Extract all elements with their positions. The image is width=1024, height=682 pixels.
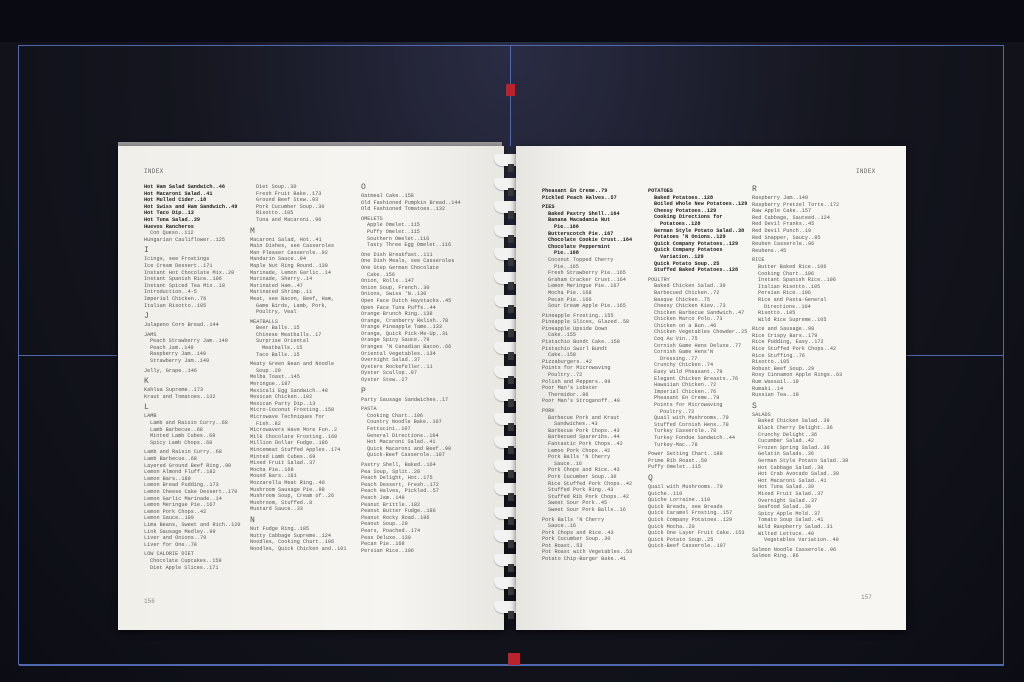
- index-entry: Hot Mulled Cider..18: [144, 197, 241, 204]
- index-entry: Reuben Casserole..96: [752, 241, 848, 248]
- index-entry: Instant Spanish Rice..106: [752, 277, 848, 284]
- index-entry: Chinese Meatballs..17: [250, 332, 347, 339]
- index-entry: Game Birds, Lamb, Pork,: [250, 303, 347, 310]
- index-entry: Oriental Vegetables..134: [361, 351, 461, 358]
- index-entry: Rice and Sausage..98: [752, 326, 848, 333]
- index-entry: Orange, Quick Pick-Me-Up..31: [361, 331, 461, 338]
- index-entry: Mustard Sauce..33: [250, 506, 347, 513]
- index-entry: Quick-Beef Casserole..107: [361, 452, 461, 459]
- index-entry: Poultry..72: [648, 409, 747, 416]
- index-entry: Instant Spanish Rice..106: [144, 276, 241, 283]
- index-entry: Maple Nut Ring Round..139: [250, 263, 347, 270]
- index-entry: Italian Risotto..105: [144, 303, 241, 310]
- index-entry: Peach Halves, Pickled..57: [361, 488, 461, 495]
- index-entry: Peach Delight, Hot..175: [361, 475, 461, 482]
- index-entry: Cooking Chart..106: [361, 413, 461, 420]
- index-entry: MEATBALLS: [250, 319, 347, 326]
- index-entry: Cake..158: [542, 352, 632, 359]
- index-entry: Baked Chicken Salad..39: [648, 283, 747, 290]
- index-entry: Barbecue Pork Chops..43: [542, 428, 632, 435]
- index-entry: Fantastic Pork Chops..42: [542, 441, 632, 448]
- index-entry: Orange Spicy Sauce..79: [361, 337, 461, 344]
- index-entry: Noodles, Quick Chicken and..101: [250, 546, 347, 553]
- letter-heading: M: [250, 226, 347, 237]
- index-entry: Lamb Barbecue..68: [144, 427, 241, 434]
- index-entry: Rice Crispy Bars..179: [752, 333, 848, 340]
- index-entry: Lamb and Raisin Curry..68: [144, 449, 241, 456]
- index-entry: Pork Cucumber Soup..30: [542, 474, 632, 481]
- index-entry: Peach Jam..149: [144, 345, 241, 352]
- index-entry: Quail with Mushrooms..79: [648, 484, 747, 491]
- index-entry: Hungarian Cauliflower..125: [144, 237, 241, 244]
- index-entry: Quiche..110: [648, 491, 747, 498]
- index-entry: Main Dishes, see Casseroles: [250, 243, 347, 250]
- index-entry: Thermidor..86: [542, 392, 632, 399]
- index-entry: Boiled Whole New Potatoes..129: [648, 201, 747, 208]
- index-entry: Cheesy Potatoes..129: [648, 208, 747, 215]
- index-entry: Poultry, Veal: [250, 309, 347, 316]
- index-entry: OMELETS: [361, 216, 461, 223]
- index-entry: Million Dollar Fudge..186: [250, 440, 347, 447]
- index-entry: Italian Risotto..105: [752, 284, 848, 291]
- index-entry: Risotto..105: [752, 359, 848, 366]
- index-entry: Quick Company Potatoes: [648, 247, 747, 254]
- index-entry: JAMS: [144, 332, 241, 339]
- index-entry: Quick Caramel Frosting..157: [648, 510, 747, 517]
- index-entry: Old Fashioned Tomatoes..132: [361, 206, 461, 213]
- left-page-number: 156: [144, 598, 155, 605]
- index-entry: Fresh Fruit Bake..173: [250, 191, 347, 198]
- index-entry: One Dish Meals, see Casseroles: [361, 258, 461, 265]
- index-entry: Hot Macaroni Salad..41: [144, 191, 241, 198]
- index-entry: Risotto..105: [250, 210, 347, 217]
- index-entry: Beer Balls..15: [250, 325, 347, 332]
- index-entry: Soup..29: [250, 368, 347, 375]
- index-entry: Pheasant En Creme..79: [542, 188, 632, 195]
- index-entry: Instant Spiced Tea Mix..18: [144, 283, 241, 290]
- index-entry: Overnight Salad..37: [361, 357, 461, 364]
- index-entry: Micro-Coconut Frosting..158: [250, 407, 347, 414]
- index-entry: Poor Man's Stroganoff..40: [542, 398, 632, 405]
- index-entry: Imperial Chicken..76: [648, 389, 747, 396]
- index-entry: Macaroni Salad, Hot..41: [250, 237, 347, 244]
- index-entry: Lemon Almond Fluff..182: [144, 469, 241, 476]
- index-entry: Pork Chops and Rice..43: [542, 530, 632, 537]
- index-entry: Pea Soup, Split..28: [361, 469, 461, 476]
- bottom-guide: [19, 665, 1004, 666]
- letter-heading: I: [144, 245, 241, 256]
- index-entry: Baked Potatoes..128: [648, 195, 747, 202]
- index-entry: LOW CALORIE DIET: [144, 551, 241, 558]
- index-entry: Rumaki..14: [752, 386, 848, 393]
- index-entry: Cornish Game Hens Deluxe..77: [648, 343, 747, 350]
- index-entry: Wild Rice Supreme..105: [752, 317, 848, 324]
- index-entry: Mushroom Sausage Pie..98: [250, 487, 347, 494]
- index-entry: Quick Macaroni and Beef..90: [361, 446, 461, 453]
- index-entry: Reubens..45: [752, 248, 848, 255]
- index-entry: Lima Beans, Sweet and Rich..120: [144, 522, 241, 529]
- index-entry: Marinade, Sherry..14: [250, 276, 347, 283]
- index-entry: German Style Potato Salad..38: [648, 228, 747, 235]
- index-entry: Lemon Meringue Pie..167: [144, 502, 241, 509]
- index-entry: Spicy Apple Mold..37: [752, 511, 848, 518]
- index-entry: Turkey Fondue Sandwich..44: [648, 435, 747, 442]
- index-entry: Oatmeal Cake..158: [361, 193, 461, 200]
- index-entry: Pie..165: [542, 264, 632, 271]
- index-entry: Peanut Rocky Road..186: [361, 515, 461, 522]
- index-entry: Mexicali Egg Sandwich..48: [250, 388, 347, 395]
- index-entry: Mandarin Sauce..84: [250, 256, 347, 263]
- index-entry: Points for Microwaving: [648, 402, 747, 409]
- letter-heading: L: [144, 402, 241, 413]
- index-entry: Fresh Strawberry Pie..165: [542, 270, 632, 277]
- index-entry: Pickled Peach Halves..57: [542, 195, 632, 202]
- index-entry: Wild Raspberry Salad..31: [752, 524, 848, 531]
- index-entry: Pot Roast..53: [542, 543, 632, 550]
- index-entry: Nutty Cabbage Supreme..124: [250, 533, 347, 540]
- index-entry: Cooking Chart..106: [752, 271, 848, 278]
- index-entry: Hot Crab Avocado Salad..39: [752, 471, 848, 478]
- right-column-2: POTATOESBaked Potatoes..128Boiled Whole …: [648, 188, 747, 550]
- index-entry: Pot Roast with Vegetables..53: [542, 549, 632, 556]
- letter-heading: N: [250, 515, 347, 526]
- index-entry: Rosy Cinnamon Apple Rings..63: [752, 372, 848, 379]
- index-entry: Meat, see Bacon, Beef, Ham,: [250, 296, 347, 303]
- index-entry: Black Cherry Delight..36: [752, 425, 848, 432]
- index-entry: Polish and Peppers..99: [542, 379, 632, 386]
- index-entry: Peas Deluxe..130: [361, 535, 461, 542]
- right-column-3: RRaspberry Jam..149Raspberry Pretzel Tor…: [752, 182, 848, 560]
- index-entry: Stuffed Cornish Hens..78: [648, 422, 747, 429]
- index-entry: Lemon Meringue Pie..167: [542, 283, 632, 290]
- index-entry: Open Face Dutch Haystacks..45: [361, 298, 461, 305]
- index-entry: Rice Stuffed Pork Chops..42: [752, 346, 848, 353]
- index-entry: Potato Chip-Burger Bake..41: [542, 556, 632, 563]
- index-entry: Lemon Bars..180: [144, 476, 241, 483]
- index-entry: Coconut Topped Cherry: [542, 257, 632, 264]
- index-entry: Persian Rice..106: [752, 290, 848, 297]
- index-entry: Rice and Pasta-General: [752, 297, 848, 304]
- index-entry: Poultry..72: [542, 372, 632, 379]
- index-entry: Raw Apple Cake..157: [752, 208, 848, 215]
- index-entry: Pork Balls 'N Cherry: [542, 517, 632, 524]
- index-entry: Seafood Salad..39: [752, 504, 848, 511]
- index-entry: Open Face Tuna Puffs..44: [361, 305, 461, 312]
- index-entry: Layered Ground Beef Ring..90: [144, 463, 241, 470]
- right-page-number: 157: [861, 594, 872, 601]
- index-entry: Peanut Brittle..182: [361, 502, 461, 509]
- index-entry: Stuffed Pork Ring..43: [542, 487, 632, 494]
- index-entry: Rice Stuffing..76: [752, 353, 848, 360]
- index-entry: Apple Omelet..115: [361, 222, 461, 229]
- middle-guide-right: [906, 355, 1003, 356]
- index-entry: Pecan Pie..166: [542, 297, 632, 304]
- index-entry: Chicken Barbecue Sandwich..47: [648, 310, 747, 317]
- index-entry: Microwave Techniques for: [250, 414, 347, 421]
- index-entry: Spicy Lamb Chops..68: [144, 440, 241, 447]
- index-entry: Cake..156: [361, 272, 461, 279]
- left-column-1: Hot Ham Salad Sandwich..46Hot Macaroni S…: [144, 184, 241, 571]
- top-shadow-band: [0, 0, 1024, 42]
- index-entry: Pineapple Frosting..155: [542, 313, 632, 320]
- letter-heading: O: [361, 182, 461, 193]
- open-cookbook: INDEX Hot Ham Salad Sandwich..46Hot Maca…: [118, 146, 906, 632]
- index-entry: Oranges 'N Canadian Bacon..66: [361, 344, 461, 351]
- index-entry: Power Setting Chart..188: [648, 451, 747, 458]
- index-entry: Con Queso..112: [144, 230, 241, 237]
- index-entry: Peanut Butter Fudge..186: [361, 508, 461, 515]
- index-entry: Crunchy Chicken..74: [648, 362, 747, 369]
- index-entry: Banana Macadamia Nut: [542, 217, 632, 224]
- index-entry: One Dish Breakfast..111: [361, 252, 461, 259]
- index-entry: Salmon Ring..86: [752, 553, 848, 560]
- index-entry: Points for Microwaving: [542, 365, 632, 372]
- index-entry: One Step German Chocolate: [361, 265, 461, 272]
- index-entry: Hot Macaroni Salad..41: [752, 478, 848, 485]
- index-entry: Fettucini..107: [361, 426, 461, 433]
- index-entry: Pie..168: [542, 250, 632, 257]
- index-entry: Quick Mocha..20: [648, 524, 747, 531]
- index-entry: Pork Cucumber Soup..30: [250, 204, 347, 211]
- index-entry: Sweet Sour Pork Balls..16: [542, 507, 632, 514]
- letter-heading: S: [752, 401, 848, 412]
- index-entry: Poor Man's Lobster: [542, 385, 632, 392]
- index-entry: Surprise Oriental: [250, 338, 347, 345]
- index-entry: Pheasant En Creme..79: [648, 395, 747, 402]
- left-column-2: Diet Soup..30Fresh Fruit Bake..173Ground…: [250, 184, 347, 552]
- index-entry: Instant Hot Chocolate Mix..20: [144, 270, 241, 277]
- index-entry: Quick Company Potatoes..129: [648, 517, 747, 524]
- index-entry: Salmon Noodle Casserole..96: [752, 547, 848, 554]
- index-entry: Hot Cabbage Salad..38: [752, 465, 848, 472]
- index-entry: Party Sausage Sandwiches..17: [361, 397, 461, 404]
- index-entry: Ice Cream Dessert..171: [144, 263, 241, 270]
- bottom-center-marker: [508, 653, 520, 665]
- index-entry: Peach Jam..149: [361, 495, 461, 502]
- index-entry: Kahlua Supreme..173: [144, 387, 241, 394]
- index-entry: Hot Ham Salad Sandwich..46: [144, 184, 241, 191]
- index-entry: PIES: [542, 204, 632, 211]
- index-entry: Jalapeno Corn Bread..144: [144, 322, 241, 329]
- index-entry: Mexican Chicken..102: [250, 394, 347, 401]
- index-entry: Frozen Spring Salad..36: [752, 445, 848, 452]
- top-center-marker: [506, 84, 515, 96]
- index-entry: Mixed Fruit Salad..37: [752, 491, 848, 498]
- index-entry: Diet Apple Slices..171: [144, 565, 241, 572]
- index-entry: Puffy Omelet..115: [648, 464, 747, 471]
- index-entry: Pecan Pie..168: [361, 541, 461, 548]
- index-entry: Man Pleaser Casserole..92: [250, 250, 347, 257]
- index-entry: Red Snapper, Saucy..85: [752, 235, 848, 242]
- index-entry: Sweet Sour Pork..45: [542, 500, 632, 507]
- index-entry: Robust Beef Soup..29: [752, 366, 848, 373]
- index-entry: Pork Balls 'N Cherry: [542, 454, 632, 461]
- index-entry: Hot Macaroni Salad..41: [361, 439, 461, 446]
- index-entry: Directions..104: [752, 304, 848, 311]
- center-guide-top: [510, 46, 511, 146]
- index-entry: Easy Wild Pheasant..79: [648, 369, 747, 376]
- index-entry: Country Noodle Bake..107: [361, 419, 461, 426]
- index-entry: Stuffed Baked Potatoes..128: [648, 267, 747, 274]
- letter-heading: K: [144, 376, 241, 387]
- index-entry: Mexican Party Dip..13: [250, 401, 347, 408]
- index-entry: Quick Company Potatoes..129: [648, 241, 747, 248]
- index-entry: Marinated Shrimp..11: [250, 289, 347, 296]
- index-entry: Pie..166: [542, 224, 632, 231]
- index-entry: Overnight Salad..37: [752, 498, 848, 505]
- index-entry: Mocha Pie..168: [542, 290, 632, 297]
- index-entry: Onions, Swiss 'N..130: [361, 291, 461, 298]
- index-entry: POULTRY: [648, 277, 747, 284]
- left-page-header: INDEX: [144, 168, 164, 175]
- index-entry: Nut Fudge Ring..185: [250, 526, 347, 533]
- index-entry: PORK: [542, 408, 632, 415]
- index-entry: Old Fashioned Pumpkin Bread..144: [361, 200, 461, 207]
- index-entry: Chocolate Cupcakes..159: [144, 558, 241, 565]
- index-entry: Imperial Chicken..76: [144, 296, 241, 303]
- index-entry: Rice Stuffed Pork Chops..42: [542, 481, 632, 488]
- index-entry: Sauce..16: [542, 523, 632, 530]
- index-entry: Sour Cream Apple Pie..165: [542, 303, 632, 310]
- index-entry: Lemon Pork Chops..42: [542, 448, 632, 455]
- middle-guide-left: [19, 355, 117, 356]
- index-entry: Liver and Onions..79: [144, 535, 241, 542]
- index-entry: Cornish Game Hens'N: [648, 349, 747, 356]
- index-entry: Red Devil Franks..45: [752, 221, 848, 228]
- index-entry: Russian Tea..19: [752, 392, 848, 399]
- index-entry: Dressing..77: [648, 356, 747, 363]
- index-entry: Orange, Cranberry Relish..78: [361, 318, 461, 325]
- index-entry: Lamb Barbecue..68: [144, 456, 241, 463]
- index-entry: Red Cabbage, Sauteed..124: [752, 215, 848, 222]
- index-entry: Pizzaburgers..42: [542, 359, 632, 366]
- index-entry: Sandwiches..43: [542, 421, 632, 428]
- index-entry: Turkey-Mac..78: [648, 442, 747, 449]
- index-entry: Barbecued Chicken..72: [648, 290, 747, 297]
- index-entry: Lemon Garlic Marinade..14: [144, 496, 241, 503]
- index-entry: Mound Bars..181: [250, 473, 347, 480]
- index-entry: Cooking Directions for: [648, 214, 747, 221]
- index-entry: Hawaiian Chicken..72: [648, 382, 747, 389]
- index-entry: RICE: [752, 257, 848, 264]
- index-entry: Orange Brunch Ring..138: [361, 311, 461, 318]
- index-entry: Pistachio Bundt Cake..158: [542, 339, 632, 346]
- left-column-3: OOatmeal Cake..158Old Fashioned Pumpkin …: [361, 180, 461, 554]
- index-entry: Chicken Vegetables Chowder..25: [648, 329, 747, 336]
- index-entry: Chicken on a Bun..46: [648, 323, 747, 330]
- index-entry: Tuna and Macaroni..96: [250, 217, 347, 224]
- index-entry: Quick Breads, see Breads: [648, 504, 747, 511]
- index-entry: LAMB: [144, 413, 241, 420]
- letter-heading: Q: [648, 473, 747, 484]
- index-entry: Taco Balls..15: [250, 352, 347, 359]
- index-entry: Raspberry Jam..149: [144, 351, 241, 358]
- right-column-1: Pheasant En Creme..79Pickled Peach Halve…: [542, 188, 632, 563]
- index-entry: Oyster Scallop..87: [361, 370, 461, 377]
- index-entry: Cake..155: [542, 332, 632, 339]
- index-entry: Minted Lamb Cubes..69: [250, 454, 347, 461]
- index-entry: Red Devil Punch..19: [752, 228, 848, 235]
- index-entry: Minted Lamb Cubes..69: [144, 433, 241, 440]
- index-entry: Hot Taco Dip..13: [144, 210, 241, 217]
- index-entry: Chocolate Cookie Crust..164: [542, 237, 632, 244]
- index-entry: Baked Pastry Shell..164: [542, 211, 632, 218]
- index-entry: Mushroom, Stuffed..8: [250, 500, 347, 507]
- index-entry: Coq Au Vin..75: [648, 336, 747, 343]
- index-entry: Lemon Pork Chops..42: [144, 509, 241, 516]
- index-entry: Prime Rib Roast..50: [648, 458, 747, 465]
- letter-heading: R: [752, 184, 848, 195]
- index-entry: Gelatin Salads..36: [752, 451, 848, 458]
- index-entry: Sauce..16: [542, 461, 632, 468]
- index-entry: Elegant Chicken Breasts..76: [648, 376, 747, 383]
- index-entry: Melba Toast..145: [250, 374, 347, 381]
- index-entry: Link Sausage Medley..99: [144, 529, 241, 536]
- index-entry: Barbecued Spareribs..44: [542, 434, 632, 441]
- index-entry: General Directions..104: [361, 433, 461, 440]
- index-entry: Peach Dessert, Fresh..172: [361, 482, 461, 489]
- index-entry: Vegetables Variation..40: [752, 537, 848, 544]
- index-entry: Pineapple Upside Down: [542, 326, 632, 333]
- index-entry: Puffy Omelet..115: [361, 229, 461, 236]
- index-entry: Quick Potato Soup..25: [648, 537, 747, 544]
- index-entry: Basque Chicken..75: [648, 297, 747, 304]
- index-entry: Hot Tuna Salad..39: [144, 217, 241, 224]
- index-entry: Cheesy Chicken Kiev..73: [648, 303, 747, 310]
- index-entry: Liver for One..78: [144, 542, 241, 549]
- index-entry: Noodles, Cooking Chart..106: [250, 539, 347, 546]
- index-entry: Chicken Marco Polo..73: [648, 316, 747, 323]
- index-entry: Butter Baked Rice..106: [752, 264, 848, 271]
- index-entry: Strawberry Jam..149: [144, 358, 241, 365]
- index-entry: Onion, Rolls..147: [361, 278, 461, 285]
- index-entry: Rice Pudding, Easy..172: [752, 339, 848, 346]
- index-entry: Hot Tuna Salad..39: [752, 484, 848, 491]
- index-entry: Peanut Soup..29: [361, 521, 461, 528]
- index-entry: Potatoes 'N Onions..129: [648, 234, 747, 241]
- index-entry: Butterscotch Pie..167: [542, 231, 632, 238]
- index-entry: Peach Strawberry Jam..149: [144, 338, 241, 345]
- index-entry: Tasty Three Egg Omelet..116: [361, 242, 461, 249]
- index-entry: Orange Pineapple Tame..133: [361, 324, 461, 331]
- index-entry: Oysters Rockefeller..11: [361, 364, 461, 371]
- index-entry: Mincemeat Stuffed Apples..174: [250, 447, 347, 454]
- index-entry: Persian Rice..106: [361, 548, 461, 555]
- index-entry: Lemon Sauce..189: [144, 515, 241, 522]
- index-entry: Lemon Cheese Cake Dessert..170: [144, 489, 241, 496]
- index-entry: Meringue..187: [250, 381, 347, 388]
- index-entry: Quail with Mushrooms..79: [648, 415, 747, 422]
- index-entry: Potatoes..128: [648, 221, 747, 228]
- index-entry: Ground Beef Stew..93: [250, 197, 347, 204]
- index-entry: Quiche Lorraine..110: [648, 497, 747, 504]
- right-page: INDEX Pheasant En Creme..79Pickled Peach…: [516, 146, 906, 630]
- index-entry: Mozzarella Meat Ring..40: [250, 480, 347, 487]
- index-entry: Kraut and Tomatoes..132: [144, 394, 241, 401]
- index-entry: Stuffed Rib Pork Chops..42: [542, 494, 632, 501]
- index-entry: Mushroom Soup, Cream of..26: [250, 493, 347, 500]
- index-entry: Quick Potato Soup..25: [648, 261, 747, 268]
- index-entry: Meatballs..15: [250, 345, 347, 352]
- index-entry: POTATOES: [648, 188, 747, 195]
- index-entry: Mixed Fruit Salad..37: [250, 460, 347, 467]
- index-entry: Introduction..4-5: [144, 289, 241, 296]
- index-entry: Fish..82: [250, 421, 347, 428]
- left-page: INDEX Hot Ham Salad Sandwich..46Hot Maca…: [118, 146, 504, 630]
- index-entry: Pineapple Slices, Glazed..58: [542, 319, 632, 326]
- index-entry: Meaty Green Bean and Noodle: [250, 361, 347, 368]
- index-entry: Risotto..105: [752, 310, 848, 317]
